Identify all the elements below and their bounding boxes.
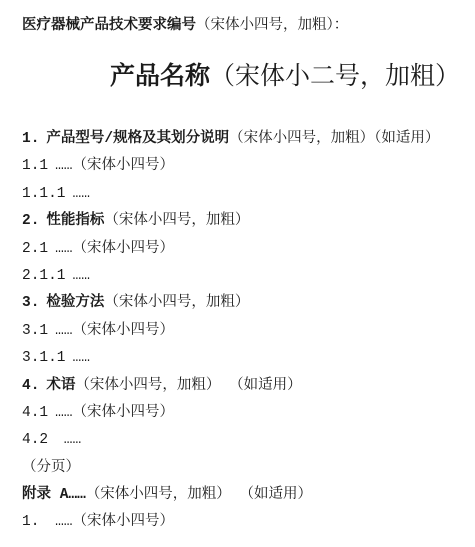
line-number: 1.1 bbox=[22, 158, 48, 174]
line-number: 3.1.1 bbox=[22, 350, 66, 366]
line-number: 1. bbox=[22, 514, 39, 530]
line-text: （宋体小四号，加粗） （如适用） bbox=[86, 487, 312, 503]
line-text: …… bbox=[73, 350, 90, 366]
doc-line: 3.1.1…… bbox=[22, 345, 467, 372]
line-number: 1. bbox=[22, 131, 39, 147]
section-heading-line: 1.产品型号/规格及其划分说明（宋体小四号，加粗）（如适用） bbox=[22, 126, 467, 153]
doc-line: 4.2 …… bbox=[22, 427, 467, 454]
line-text: ……（宋体小四号） bbox=[55, 241, 174, 257]
line-text: …… bbox=[55, 432, 81, 448]
doc-line: 附录 A……（宋体小四号，加粗） （如适用） bbox=[22, 482, 467, 509]
line-number: 4.1 bbox=[22, 405, 48, 421]
line-text: …… bbox=[73, 268, 90, 284]
section-heading-line: 3.检验方法（宋体小四号，加粗） bbox=[22, 290, 467, 317]
doc-line: 2.1……（宋体小四号） bbox=[22, 236, 467, 263]
line-bold-text: 产品型号/规格及其划分说明 bbox=[46, 131, 229, 147]
title-format-note: （宋体小二号，加粗） bbox=[210, 63, 460, 92]
doc-line: 1.1……（宋体小四号） bbox=[22, 153, 467, 180]
line-text: （分页） bbox=[22, 460, 80, 476]
doc-line: （分页） bbox=[22, 455, 467, 482]
line-bold-text: 附录 A…… bbox=[22, 487, 86, 503]
line-text: ……（宋体小四号） bbox=[46, 514, 174, 530]
document-page: 医疗器械产品技术要求编号（宋体小四号，加粗）： 产品名称（宋体小二号，加粗） 1… bbox=[0, 0, 475, 547]
line-text: （宋体小四号，加粗） bbox=[104, 295, 249, 311]
title-text: 产品名称 bbox=[110, 63, 210, 92]
doc-line: 1. ……（宋体小四号） bbox=[22, 509, 467, 536]
line-bold-text: 检验方法 bbox=[46, 295, 104, 311]
section-heading-line: 4.术语（宋体小四号，加粗） （如适用） bbox=[22, 373, 467, 400]
header-bold-text: 医疗器械产品技术要求编号 bbox=[22, 18, 196, 34]
line-bold-text: 性能指标 bbox=[46, 213, 104, 229]
line-text: ……（宋体小四号） bbox=[55, 323, 174, 339]
line-number: 2. bbox=[22, 213, 39, 229]
header-format-note: （宋体小四号，加粗）： bbox=[196, 18, 348, 34]
line-text: （宋体小四号，加粗） bbox=[104, 213, 249, 229]
doc-line: 2.1.1…… bbox=[22, 263, 467, 290]
line-number: 4. bbox=[22, 378, 39, 394]
line-number: 4.2 bbox=[22, 432, 48, 448]
doc-line: 1.1.1…… bbox=[22, 181, 467, 208]
doc-body: 1.产品型号/规格及其划分说明（宋体小四号，加粗）（如适用）1.1……（宋体小四… bbox=[22, 126, 467, 537]
line-text: （宋体小四号，加粗）（如适用） bbox=[229, 131, 439, 147]
line-text: …… bbox=[73, 186, 90, 202]
line-number: 2.1 bbox=[22, 241, 48, 257]
line-number: 1.1.1 bbox=[22, 186, 66, 202]
doc-line: 4.1……（宋体小四号） bbox=[22, 400, 467, 427]
line-number: 3. bbox=[22, 295, 39, 311]
line-text: （宋体小四号，加粗） （如适用） bbox=[75, 378, 301, 394]
doc-title: 产品名称（宋体小二号，加粗） bbox=[22, 58, 467, 98]
section-heading-line: 2.性能指标（宋体小四号，加粗） bbox=[22, 208, 467, 235]
doc-line: 3.1……（宋体小四号） bbox=[22, 318, 467, 345]
doc-header-line: 医疗器械产品技术要求编号（宋体小四号，加粗）： bbox=[22, 18, 467, 34]
line-number: 2.1.1 bbox=[22, 268, 66, 284]
line-text: ……（宋体小四号） bbox=[55, 405, 174, 421]
line-text: ……（宋体小四号） bbox=[55, 158, 174, 174]
line-bold-text: 术语 bbox=[46, 378, 75, 394]
line-number: 3.1 bbox=[22, 323, 48, 339]
